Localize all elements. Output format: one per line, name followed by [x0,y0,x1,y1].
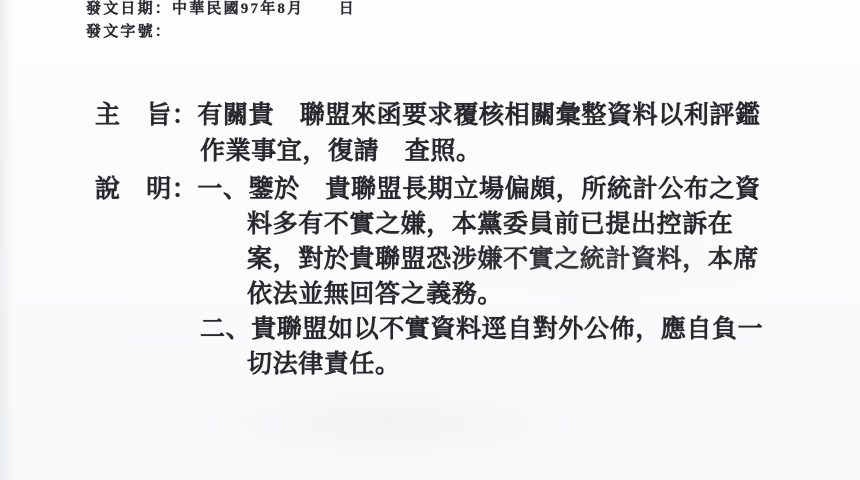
scanned-letter-page: 發文日期：中華民國97年8月 日 發文字號： 主 旨：有關貴 聯盟來函要求覆核相… [0,0,860,480]
explanation-item2-line-2: 切法律責任。 [247,352,401,377]
subject-line-2: 作業事宜，復請 查照。 [200,139,482,164]
explanation-item1-line-2: 料多有不實之嫌，本黨委員前已提出控訴在 [247,212,733,237]
explanation-item1-line-4: 依法並無回答之義務。 [247,282,503,307]
explanation-item1-line-1: 說 明：一、鑒於 貴聯盟長期立場偏頗，所統計公布之資 [95,177,761,202]
issue-reference-number-line: 發文字號： [86,25,172,40]
explanation-item2-line-1: 二、貴聯盟如以不實資料逕自對外公佈，應自負一 [200,317,763,342]
explanation-item1-line-3: 案，對於貴聯盟恐涉嫌不實之統計資料，本席 [247,247,759,272]
issue-date-line: 發文日期：中華民國97年8月 日 [86,2,356,17]
subject-line-1: 主 旨：有關貴 聯盟來函要求覆核相關彙整資料以利評鑑 [95,103,761,128]
